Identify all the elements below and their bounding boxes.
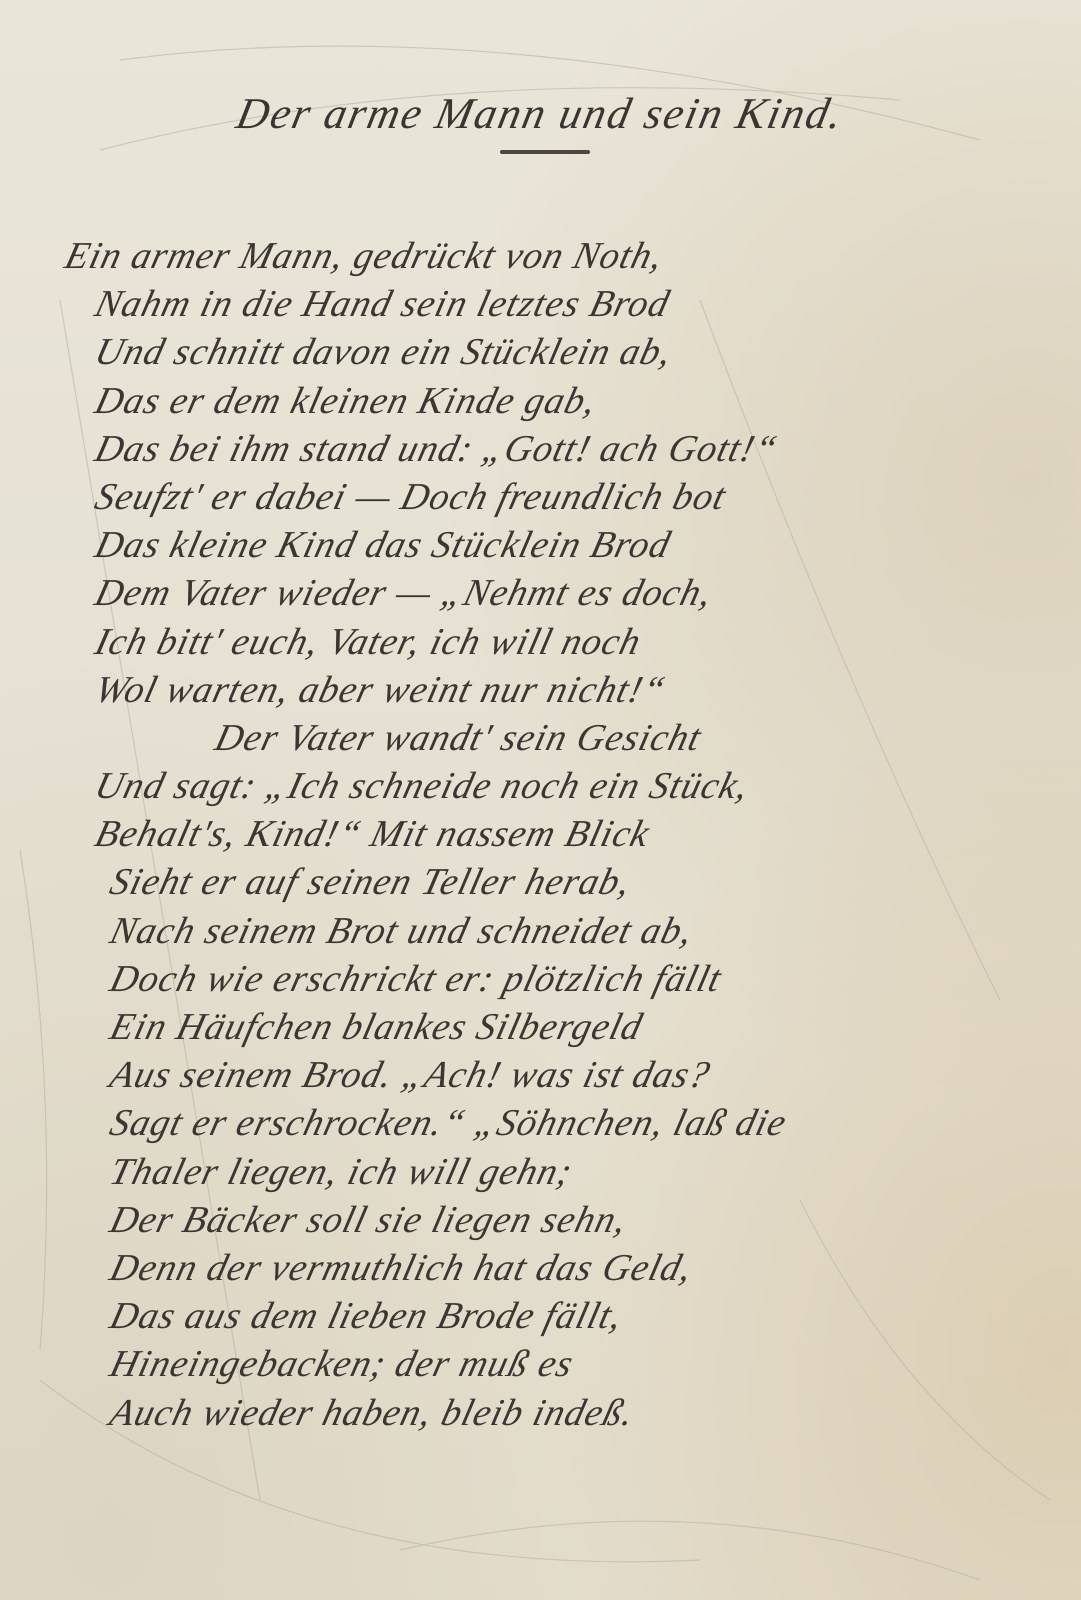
poem-line: Denn der vermuthlich hat das Geld, [60, 1244, 1032, 1292]
poem-line: Auch wieder haben, bleib indeß. [60, 1389, 1032, 1437]
poem-line: Das er dem kleinen Kinde gab, [60, 377, 1032, 425]
manuscript-page: Der arme Mann und sein Kind. Ein armer M… [0, 0, 1081, 1600]
poem-line: Nahm in die Hand sein letztes Brod [60, 280, 1032, 328]
poem-line: Und schnitt davon ein Stücklein ab, [60, 328, 1032, 376]
poem-body: Ein armer Mann, gedrückt von Noth, Nahm … [60, 232, 1020, 1437]
poem-line: Der Vater wandt' sein Gesicht [60, 714, 1032, 762]
poem-title: Der arme Mann und sein Kind. [0, 88, 1081, 139]
poem-line: Und sagt: „Ich schneide noch ein Stück, [60, 762, 1032, 810]
poem-line: Dem Vater wieder — „Nehmt es doch, [60, 569, 1032, 617]
title-underline [500, 150, 590, 154]
poem-line: Aus seinem Brod. „Ach! was ist das? [60, 1051, 1032, 1099]
poem-line: Doch wie erschrickt er: plötzlich fällt [60, 955, 1032, 1003]
poem-line: Das kleine Kind das Stücklein Brod [60, 521, 1032, 569]
poem-line: Ich bitt' euch, Vater, ich will noch [60, 618, 1032, 666]
poem-line: Behalt's, Kind!“ Mit nassem Blick [60, 810, 1032, 858]
poem-line: Sieht er auf seinen Teller herab, [60, 858, 1032, 906]
poem-line: Sagt er erschrocken.“ „Söhnchen, laß die [60, 1099, 1032, 1147]
poem-line: Nach seinem Brot und schneidet ab, [60, 907, 1032, 955]
poem-line: Wol warten, aber weint nur nicht!“ [60, 666, 1032, 714]
poem-line: Das bei ihm stand und: „Gott! ach Gott!“ [60, 425, 1032, 473]
poem-line: Das aus dem lieben Brode fällt, [60, 1292, 1032, 1340]
poem-line: Hineingebacken; der muß es [60, 1340, 1032, 1388]
poem-line: Seufzt' er dabei — Doch freundlich bot [60, 473, 1032, 521]
poem-line: Der Bäcker soll sie liegen sehn, [60, 1196, 1032, 1244]
poem-line: Ein armer Mann, gedrückt von Noth, [60, 232, 1032, 280]
poem-line: Thaler liegen, ich will gehn; [60, 1148, 1032, 1196]
poem-line: Ein Häufchen blankes Silbergeld [60, 1003, 1032, 1051]
